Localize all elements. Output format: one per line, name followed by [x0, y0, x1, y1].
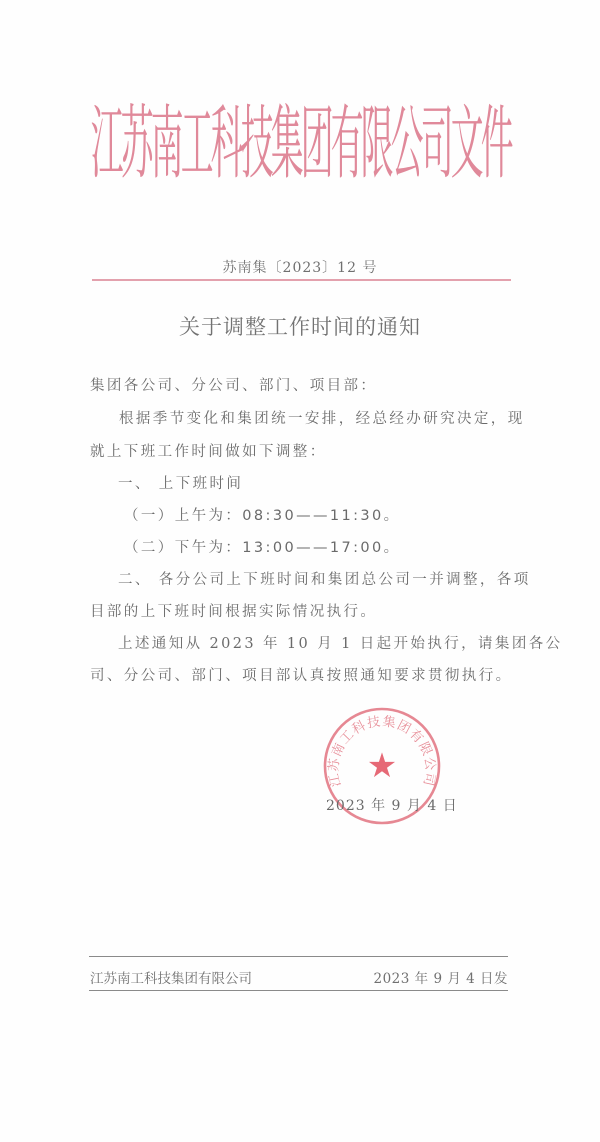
section-2-line-2: 目部的上下班时间根据实际情况执行。 — [90, 605, 515, 620]
letterhead-char: 技 — [241, 105, 266, 185]
paragraph-3-line-1: 上述通知从 2023 年 10 月 1 日起开始执行，请集团各公 — [118, 637, 543, 652]
letterhead-char: 集 — [271, 105, 296, 185]
paragraph-1-line-2: 就上下班工作时间做如下调整： — [90, 445, 515, 460]
footer-issue-date: 2023 年 9 月 4 日发 — [374, 967, 509, 987]
letterhead-char: 南 — [151, 105, 176, 185]
afternoon-hours: （二）下午为：13:00——17:00。 — [124, 541, 549, 556]
letterhead-char: 江 — [91, 105, 116, 185]
letterhead-char: 科 — [211, 105, 236, 185]
svg-text:★: ★ — [367, 746, 397, 786]
letterhead-char: 文 — [451, 105, 476, 185]
section-2-line-1: 二、 各分公司上下班时间和集团总公司一并调整，各项 — [118, 573, 543, 588]
red-divider — [92, 279, 511, 281]
letterhead-title: 江 苏 南 工 科 技 集 团 有 限 公 司 文 件 — [88, 100, 508, 190]
footer-bottom-divider — [89, 990, 508, 991]
footer-issuer: 江苏南工科技集团有限公司 — [90, 967, 252, 987]
letterhead-char: 司 — [421, 105, 446, 185]
letterhead-char: 限 — [361, 105, 386, 185]
paragraph-3-line-2: 司、分公司、部门、项目部认真按照通知要求贯彻执行。 — [90, 669, 515, 684]
footer-top-divider — [89, 956, 508, 957]
letterhead-char: 公 — [391, 105, 416, 185]
letterhead-char: 工 — [181, 105, 206, 185]
document-number: 苏南集〔2023〕12 号 — [0, 257, 600, 277]
notice-title: 关于调整工作时间的通知 — [0, 311, 600, 341]
letterhead-char: 有 — [331, 105, 356, 185]
salutation: 集团各公司、分公司、部门、项目部： — [90, 379, 515, 394]
document-page: 江 苏 南 工 科 技 集 团 有 限 公 司 文 件 苏南集〔2023〕12 … — [0, 0, 600, 1142]
paragraph-1-line-1: 根据季节变化和集团统一安排，经总经办研究决定，现 — [119, 412, 544, 427]
signature-date: 2023 年 9 月 4 日 — [326, 795, 458, 815]
letterhead-char: 团 — [301, 105, 326, 185]
section-1-heading: 一、 上下班时间 — [118, 477, 543, 492]
morning-hours: （一）上午为：08:30——11:30。 — [124, 509, 549, 524]
letterhead-char: 件 — [481, 105, 506, 185]
letterhead-char: 苏 — [121, 105, 146, 185]
